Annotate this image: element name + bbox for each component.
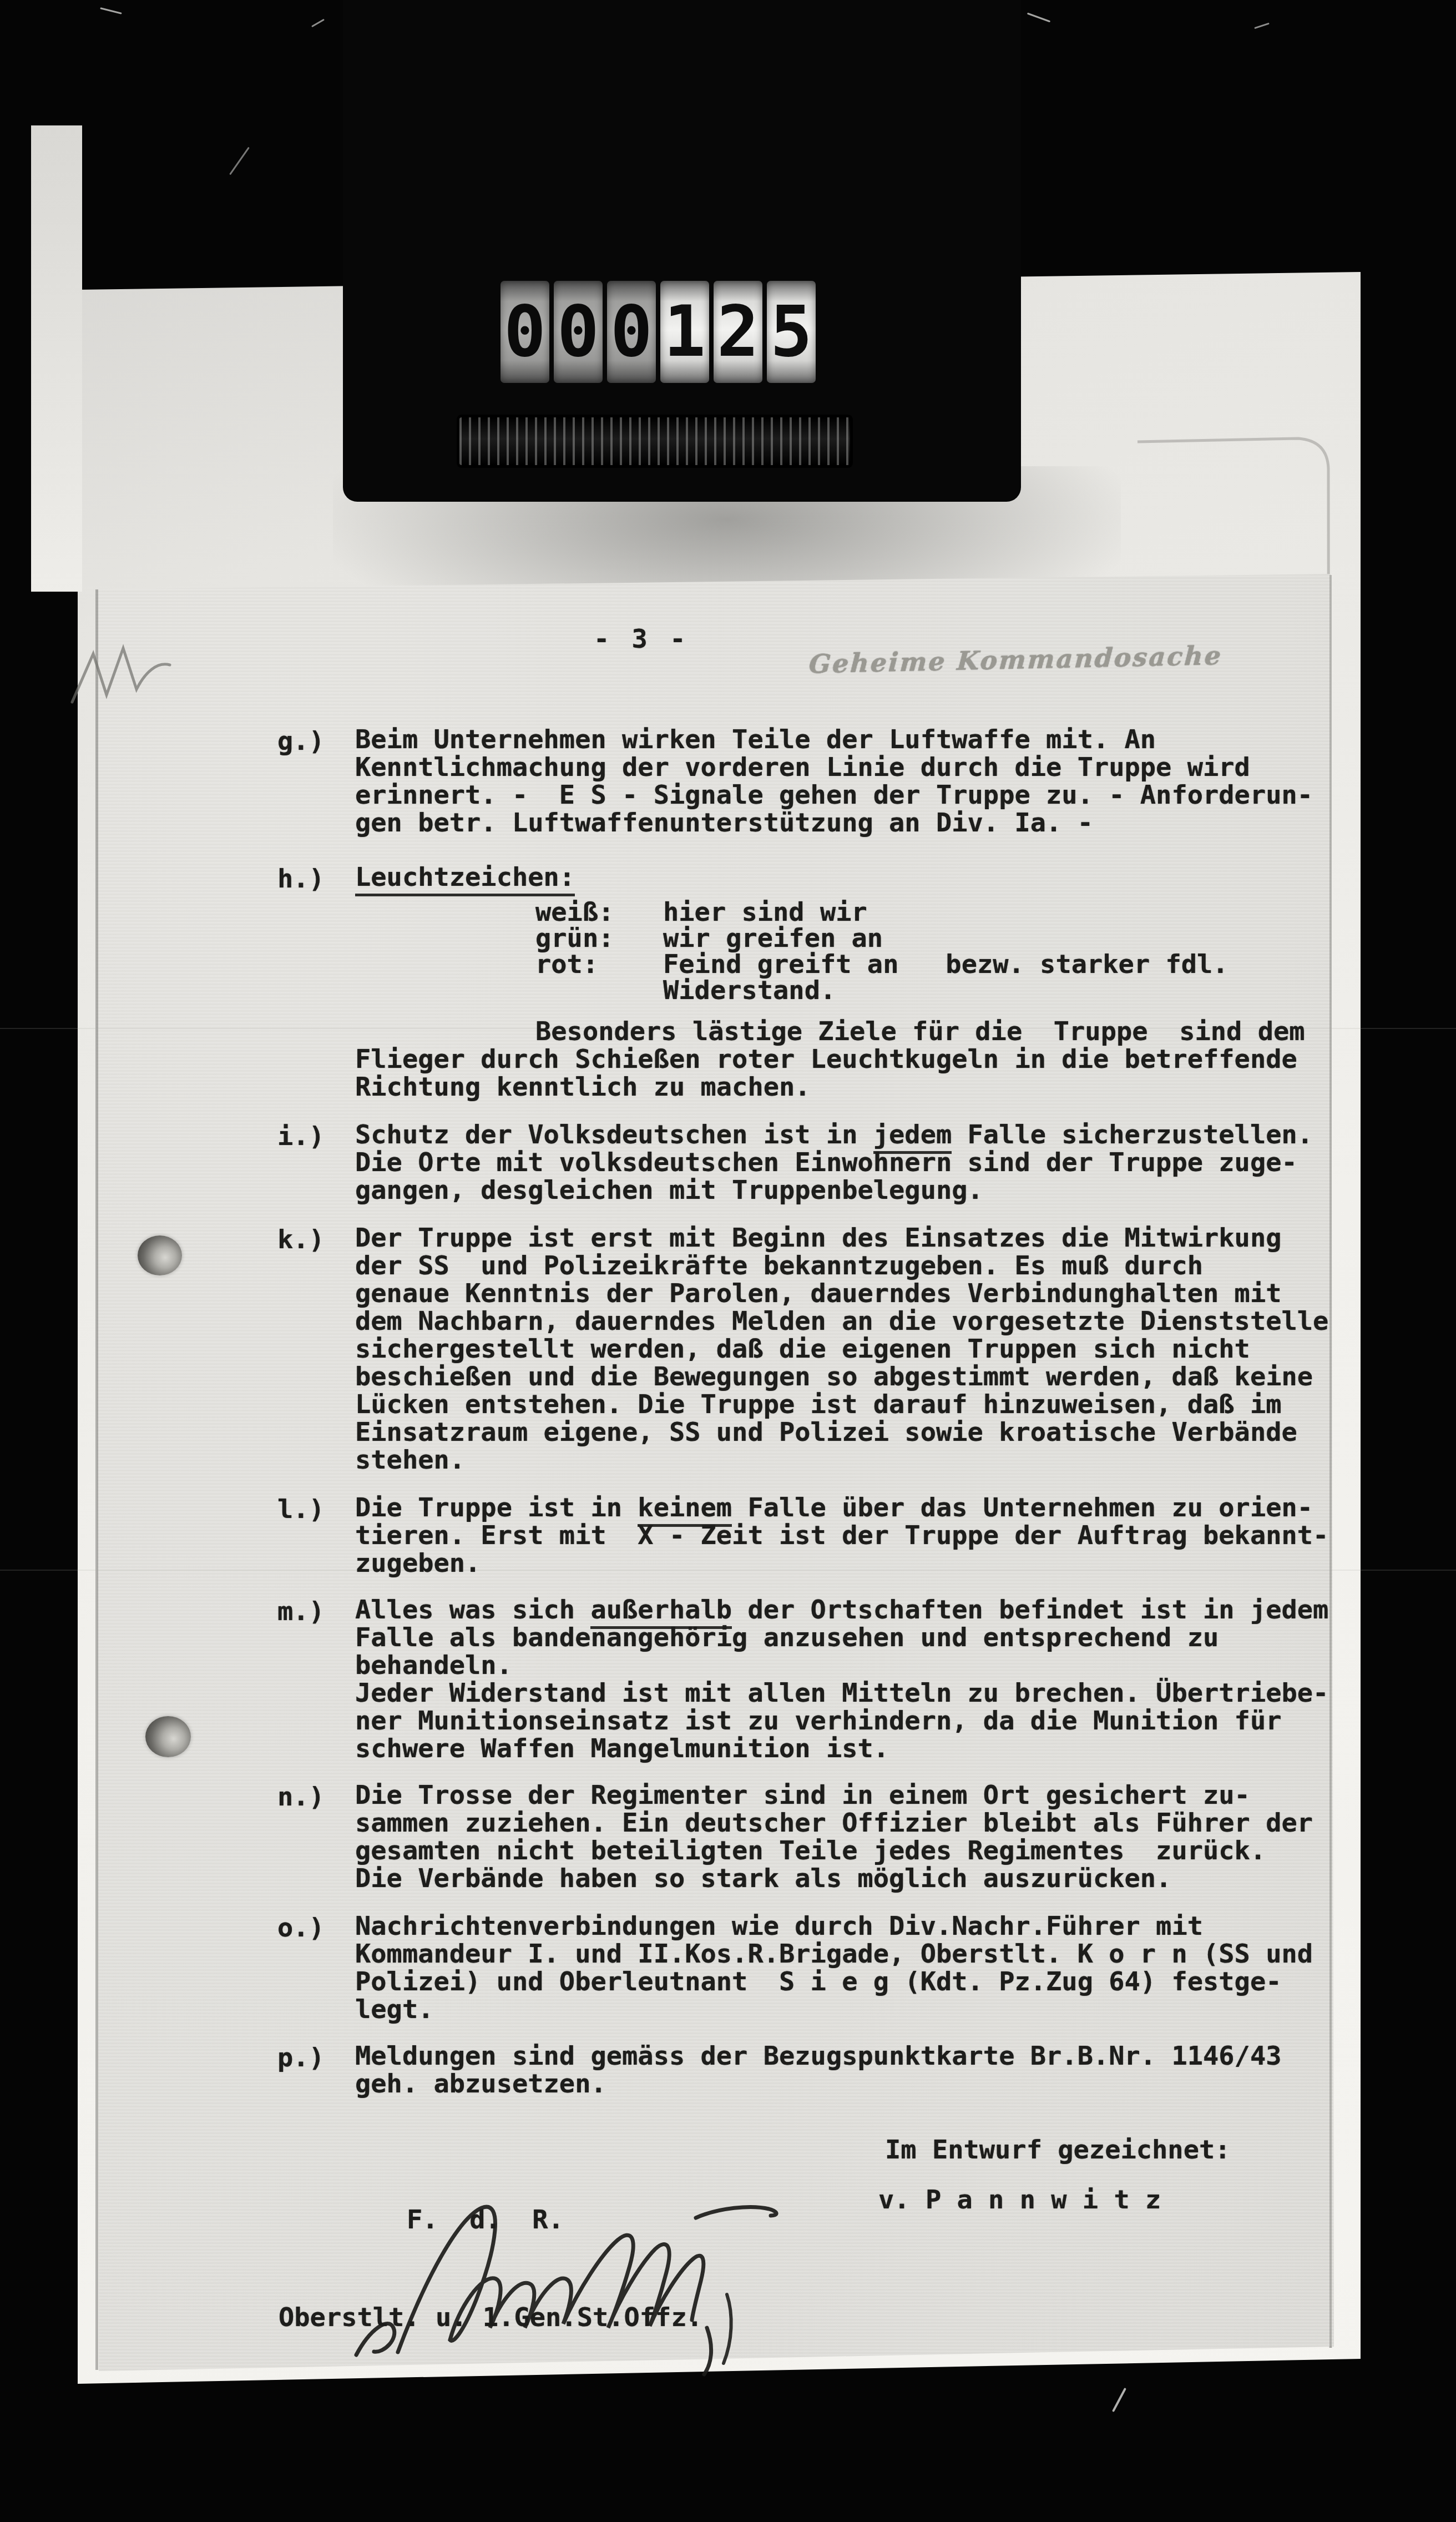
- section-label: k.): [277, 1224, 325, 1255]
- text-line: genaue Kenntnis der Parolen, dauerndes V…: [355, 1280, 1354, 1308]
- section-label: g.): [277, 726, 325, 756]
- text-line: sichergestellt werden, daß die eigenen T…: [355, 1335, 1354, 1363]
- text-line: beschießen und die Bewegungen so abgesti…: [355, 1363, 1354, 1391]
- text-line: Jeder Widerstand ist mit allen Mitteln z…: [355, 1679, 1354, 1707]
- film-scratch: [1027, 13, 1050, 23]
- text-line: Einsatzraum eigene, SS und Polizei sowie…: [355, 1419, 1354, 1446]
- page-number: - 3 -: [594, 624, 689, 654]
- text-line: ner Munitionseinsatz ist zu verhindern, …: [355, 1707, 1354, 1735]
- page-content: - 3 - Geheime Kommandosache g.) Beim Unt…: [95, 587, 1333, 2363]
- text-line: Der Truppe ist erst mit Beginn des Einsa…: [355, 1224, 1354, 1252]
- handwritten-signature: [340, 2186, 828, 2385]
- section-heading: Leuchtzeichen:: [355, 864, 1354, 891]
- text-line: sammen zuziehen. Ein deutscher Offizier …: [355, 1809, 1354, 1837]
- text-line: zugeben.: [355, 1550, 1354, 1577]
- counter-digit: 0: [554, 281, 603, 383]
- secrecy-stamp: Geheime Kommandosache: [808, 640, 1224, 679]
- punch-hole: [138, 1235, 182, 1275]
- section-label: i.): [277, 1121, 325, 1152]
- text-line: gen betr. Luftwaffenunterstützung an Div…: [355, 809, 1354, 837]
- signal-row: Widerstand.: [535, 977, 1354, 1003]
- text-line: Die Orte mit volksdeutschen Einwohnern s…: [355, 1149, 1354, 1177]
- section-h: h.) Leuchtzeichen: weiß:hier sind wir gr…: [355, 864, 1354, 1101]
- draft-note: Im Entwurf gezeichnet:: [885, 2135, 1231, 2165]
- film-scratch: [100, 7, 122, 14]
- section-g: g.) Beim Unternehmen wirken Teile der Lu…: [355, 726, 1354, 837]
- text-line: Kommandeur I. und II.Kos.R.Brigade, Ober…: [355, 1940, 1354, 1968]
- text-line: Beim Unternehmen wirken Teile der Luftwa…: [355, 726, 1354, 754]
- section-label: p.): [277, 2042, 325, 2073]
- text-line: Polizei) und Oberleutnant S i e g (Kdt. …: [355, 1968, 1354, 1996]
- signal-row: grün:wir greifen an: [535, 925, 1354, 951]
- paper-edge-sliver: [31, 125, 82, 592]
- draft-signer: v. P a n n w i t z: [878, 2185, 1161, 2215]
- section-l: l.) Die Truppe ist in keinem Falle über …: [355, 1494, 1354, 1577]
- text-line: dem Nachbarn, dauerndes Melden an die vo…: [355, 1308, 1354, 1335]
- text-line: erinnert. - E S - Signale gehen der Trup…: [355, 781, 1354, 809]
- film-scratch: [1254, 23, 1270, 29]
- counter-digit: 5: [767, 281, 816, 383]
- text-line: Die Trosse der Regimenter sind in einem …: [355, 1782, 1354, 1809]
- section-label: m.): [277, 1596, 325, 1627]
- film-scratch: [311, 19, 325, 28]
- punch-hole: [145, 1716, 191, 1757]
- text-line: tieren. Erst mit X - Zeit ist der Truppe…: [355, 1522, 1354, 1550]
- text-line: Besonders lästige Ziele für die Truppe s…: [355, 1018, 1354, 1046]
- section-p: p.) Meldungen sind gemäss der Bezugspunk…: [355, 2042, 1354, 2098]
- section-i: i.) Schutz der Volksdeutschen ist in jed…: [355, 1121, 1354, 1204]
- section-k: k.) Der Truppe ist erst mit Beginn des E…: [355, 1224, 1354, 1474]
- text-line: Flieger durch Schießen roter Leuchtkugel…: [355, 1046, 1354, 1073]
- text-line: stehen.: [355, 1446, 1354, 1474]
- text-line: legt.: [355, 1996, 1354, 2024]
- section-o: o.) Nachrichtenverbindungen wie durch Di…: [355, 1913, 1354, 2024]
- text-line: Richtung kenntlich zu machen.: [355, 1073, 1354, 1101]
- text-line: Schutz der Volksdeutschen ist in jedem F…: [355, 1121, 1354, 1149]
- text-line: Falle als bandenangehörig anzusehen und …: [355, 1624, 1354, 1652]
- text-line: der SS und Polizeikräfte bekanntzugeben.…: [355, 1252, 1354, 1280]
- section-paragraph: Besonders lästige Ziele für die Truppe s…: [355, 1018, 1354, 1101]
- text-line: Alles was sich außerhalb der Ortschaften…: [355, 1596, 1354, 1624]
- film-scratch: [1112, 2388, 1126, 2412]
- signal-row: weiß:hier sind wir: [535, 899, 1354, 925]
- section-label: l.): [277, 1494, 325, 1525]
- section-m: m.) Alles was sich außerhalb der Ortscha…: [355, 1596, 1354, 1763]
- text-line: geh. abzusetzen.: [355, 2070, 1354, 2098]
- signal-row: rot:Feind greift an bezw. starker fdl.: [535, 951, 1354, 977]
- section-label: o.): [277, 1913, 325, 1943]
- text-line: Die Truppe ist in keinem Falle über das …: [355, 1494, 1354, 1522]
- section-label: h.): [277, 864, 325, 894]
- text-line: Die Verbände haben so stark als möglich …: [355, 1865, 1354, 1893]
- counter-digit: 2: [714, 281, 762, 383]
- text-line: behandeln.: [355, 1652, 1354, 1679]
- pencil-mark: [67, 633, 189, 727]
- handwritten-mark: [716, 2290, 749, 2368]
- counter-digit: 1: [660, 281, 709, 383]
- text-line: Meldungen sind gemäss der Bezugspunktkar…: [355, 2042, 1354, 2070]
- text-line: gangen, desgleichen mit Truppenbelegung.: [355, 1177, 1354, 1204]
- text-line: Lücken entstehen. Die Truppe ist darauf …: [355, 1391, 1354, 1419]
- film-scratch: [229, 147, 250, 175]
- section-n: n.) Die Trosse der Regimenter sind in ei…: [355, 1782, 1354, 1893]
- counter-digit: 0: [501, 281, 549, 383]
- page-counter: 0 0 0 1 2 5: [501, 281, 816, 383]
- microfilm-scan: - 3 - Geheime Kommandosache g.) Beim Unt…: [0, 0, 1456, 2522]
- section-label: n.): [277, 1782, 325, 1812]
- device-label-strip: [459, 417, 850, 465]
- text-line: schwere Waffen Mangelmunition ist.: [355, 1735, 1354, 1763]
- counter-digit: 0: [607, 281, 656, 383]
- text-line: gesamten nicht beteiligten Teile jedes R…: [355, 1837, 1354, 1865]
- text-line: Nachrichtenverbindungen wie durch Div.Na…: [355, 1913, 1354, 1940]
- text-line: Kenntlichmachung der vorderen Linie durc…: [355, 754, 1354, 781]
- signal-table: weiß:hier sind wir grün:wir greifen an r…: [535, 899, 1354, 1003]
